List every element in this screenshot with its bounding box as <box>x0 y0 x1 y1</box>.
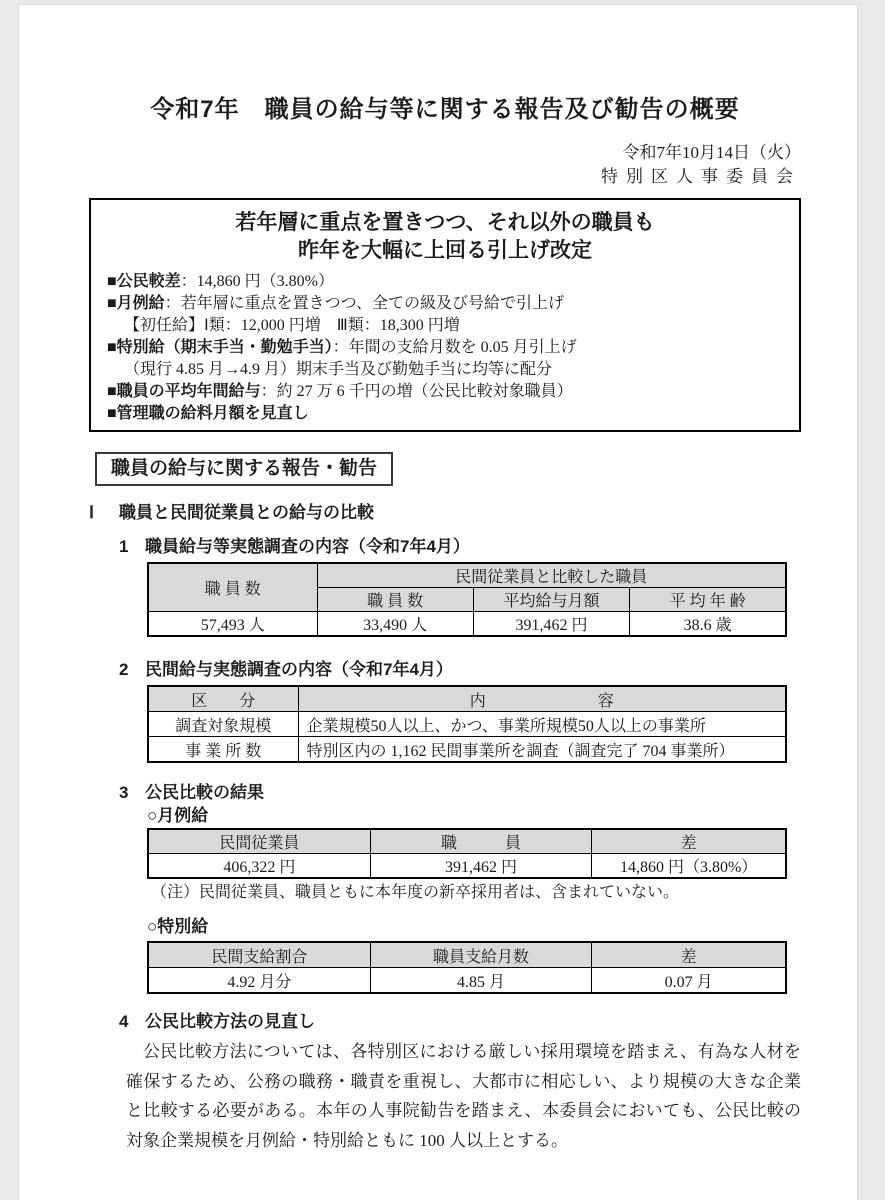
report-section-heading: 職員の給与に関する報告・勧告 <box>95 452 393 486</box>
value-average-monthly-salary: 391,462 円 <box>473 612 629 637</box>
header-staff-payment-months: 職員支給月数 <box>370 942 592 968</box>
item2-number: 2 <box>119 659 145 681</box>
part1-number: Ⅰ <box>89 502 119 524</box>
table-row: 4.92 月分 4.85 月 0.07 月 <box>148 968 786 994</box>
bullet-label: ■管理職の給料月額を見直し <box>107 405 309 422</box>
document-content: 令和7年 職員の給与等に関する報告及び勧告の概要 令和7年10月14日（火） 特… <box>19 96 857 1155</box>
private-survey-table: 区 分 内 容 調査対象規模 企業規模50人以上、かつ、事業所規模50人以上の事… <box>147 685 787 763</box>
value-average-age: 38.6 歳 <box>630 612 786 637</box>
monthly-table-note: （注）民間従業員、職員ともに本年度の新卒採用者は、含まれていない。 <box>151 882 801 903</box>
bullet-starting-salary: 【初任給】Ⅰ類：12,000 円増 Ⅲ類：18,300 円増 <box>107 315 783 337</box>
bullet-special-allowance-detail: （現行 4.85 月→4.9 月）期末手当及び勤勉手当に均等に配分 <box>107 359 783 381</box>
header-private-employees: 民間従業員 <box>148 829 370 854</box>
header-public-staff: 職 員 <box>370 829 592 854</box>
document-page: 令和7年 職員の給与等に関する報告及び勧告の概要 令和7年10月14日（火） 特… <box>18 4 858 1200</box>
item4-heading: 4公民比較方法の見直し <box>119 1011 801 1033</box>
sub-header-average-monthly-salary: 平均給与月額 <box>473 588 629 612</box>
cell-survey-scope-content: 企業規模50人以上、かつ、事業所規模50人以上の事業所 <box>298 712 786 737</box>
special-allowance-table: 民間支給割合 職員支給月数 差 4.92 月分 4.85 月 0.07 月 <box>147 941 787 994</box>
item1-title: 職員給与等実態調査の内容（令和7年4月） <box>145 537 470 556</box>
headline-line-2: 昨年を大幅に上回る引上げ改定 <box>107 237 783 265</box>
value-private-ratio: 4.92 月分 <box>148 968 370 994</box>
compared-staff-group-header: 民間従業員と比較した職員 <box>317 563 786 588</box>
value-compared-staff-count: 33,490 人 <box>317 612 473 637</box>
report-heading-wrap: 職員の給与に関する報告・勧告 <box>89 452 801 486</box>
header-difference: 差 <box>592 829 786 854</box>
organization-name: 特別区人事委員会 <box>89 165 801 189</box>
header-private-payment-ratio: 民間支給割合 <box>148 942 370 968</box>
monthly-comparison-table: 民間従業員 職 員 差 406,322 円 391,462 円 14,860 円… <box>147 828 787 879</box>
value-monthly-difference: 14,860 円（3.80%） <box>592 854 786 879</box>
item4-number: 4 <box>119 1011 145 1033</box>
item4-title: 公民比較方法の見直し <box>145 1012 315 1031</box>
bullet-managerial-salary: ■管理職の給料月額を見直し <box>107 403 783 425</box>
sub-header-average-age: 平 均 年 齢 <box>630 588 786 612</box>
item3-number: 3 <box>119 782 145 804</box>
item3-title: 公民比較の結果 <box>145 783 264 802</box>
document-title: 令和7年 職員の給与等に関する報告及び勧告の概要 <box>89 96 801 124</box>
bullet-text: （現行 4.85 月→4.9 月）期末手当及び勤勉手当に均等に配分 <box>124 361 552 378</box>
item2-title: 民間給与実態調査の内容（令和7年4月） <box>145 660 453 679</box>
special-allowance-subheading: ○特別給 <box>147 917 801 937</box>
item4-body-paragraph: 公民比較方法については、各特別区における厳しい採用環境を踏まえ、有為な人材を確保… <box>126 1037 801 1155</box>
summary-highlight-box: 若年層に重点を置きつつ、それ以外の職員も 昨年を大幅に上回る引上げ改定 ■公民較… <box>89 198 801 432</box>
value-staff-months: 4.85 月 <box>370 968 592 994</box>
bullet-label: ■公民較差 <box>107 273 181 290</box>
header-content: 内 容 <box>298 686 786 712</box>
value-staff-count: 57,493 人 <box>148 612 317 637</box>
bullet-label: ■特別給（期末手当・勤勉手当） <box>107 339 333 356</box>
bullet-text: ：年間の支給月数を 0.05 月引上げ <box>333 339 577 356</box>
header-difference: 差 <box>592 942 786 968</box>
monthly-salary-subheading: ○月例給 <box>147 806 801 826</box>
bullet-text: ：若年層に重点を置きつつ、全ての級及び号給で引上げ <box>165 295 564 312</box>
bullet-text: ：約 27 万 6 千円の増（公民比較対象職員） <box>261 383 573 400</box>
headline-line-1: 若年層に重点を置きつつ、それ以外の職員も <box>107 209 783 237</box>
bullet-label: ■月例給 <box>107 295 165 312</box>
staff-survey-table: 職 員 数 民間従業員と比較した職員 職 員 数 平均給与月額 平 均 年 齢 … <box>147 562 787 637</box>
cell-establishment-count-label: 事 業 所 数 <box>148 737 298 763</box>
bullet-label: ■職員の平均年間給与 <box>107 383 261 400</box>
summary-bullet-list: ■公民較差：14,860 円（3.80%） ■月例給：若年層に重点を置きつつ、全… <box>107 271 783 425</box>
table-row: 事 業 所 数 特別区内の 1,162 民間事業所を調査（調査完了 704 事業… <box>148 737 786 763</box>
value-special-difference: 0.07 月 <box>592 968 786 994</box>
bullet-monthly-salary: ■月例給：若年層に重点を置きつつ、全ての級及び号給で引上げ <box>107 293 783 315</box>
value-private-monthly: 406,322 円 <box>148 854 370 879</box>
part1-heading: Ⅰ職員と民間従業員との給与の比較 <box>89 502 801 524</box>
document-date: 令和7年10月14日（火） <box>89 141 801 165</box>
date-block: 令和7年10月14日（火） 特別区人事委員会 <box>89 141 801 189</box>
table-row: 調査対象規模 企業規模50人以上、かつ、事業所規模50人以上の事業所 <box>148 712 786 737</box>
cell-establishment-count-content: 特別区内の 1,162 民間事業所を調査（調査完了 704 事業所） <box>298 737 786 763</box>
sub-header-staff-count: 職 員 数 <box>317 588 473 612</box>
table-row: 406,322 円 391,462 円 14,860 円（3.80%） <box>148 854 786 879</box>
item2-heading: 2民間給与実態調査の内容（令和7年4月） <box>119 659 801 681</box>
part1-title: 職員と民間従業員との給与の比較 <box>119 503 374 522</box>
item1-number: 1 <box>119 536 145 558</box>
bullet-special-allowance: ■特別給（期末手当・勤勉手当）：年間の支給月数を 0.05 月引上げ <box>107 337 783 359</box>
value-public-monthly: 391,462 円 <box>370 854 592 879</box>
item3-heading: 3公民比較の結果 <box>119 782 801 804</box>
bullet-average-annual-salary: ■職員の平均年間給与：約 27 万 6 千円の増（公民比較対象職員） <box>107 381 783 403</box>
bullet-public-private-gap: ■公民較差：14,860 円（3.80%） <box>107 271 783 293</box>
header-category: 区 分 <box>148 686 298 712</box>
cell-survey-scope-label: 調査対象規模 <box>148 712 298 737</box>
item1-heading: 1職員給与等実態調査の内容（令和7年4月） <box>119 536 801 558</box>
staff-count-header: 職 員 数 <box>148 563 317 612</box>
bullet-text: 【初任給】Ⅰ類：12,000 円増 Ⅲ類：18,300 円増 <box>124 317 460 334</box>
bullet-text: ：14,860 円（3.80%） <box>181 273 334 290</box>
